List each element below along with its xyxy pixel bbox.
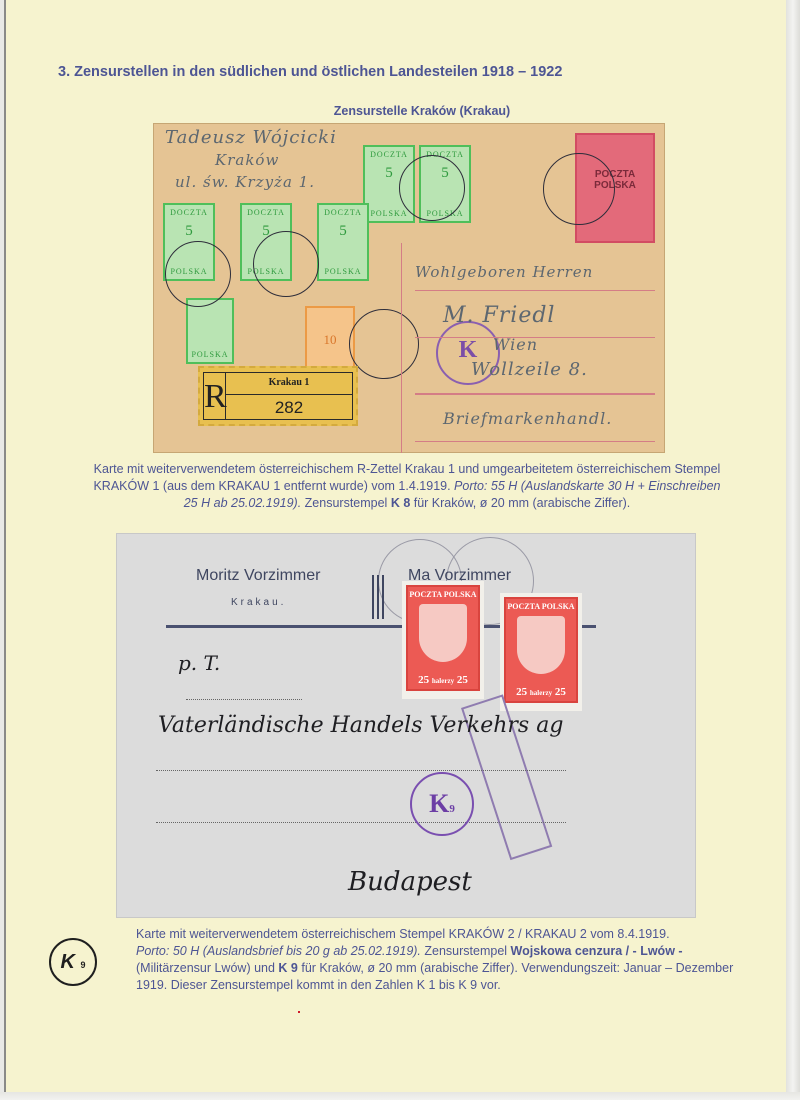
address-line <box>156 822 566 823</box>
address-handwriting-line: Vaterländische Handels Verkehrs ag <box>158 713 563 738</box>
red-mark <box>298 1011 300 1013</box>
censor-stamp-k9: K9 <box>410 772 474 836</box>
address-handwriting-line: Wien <box>493 335 538 354</box>
postmark <box>253 231 319 297</box>
address-line <box>415 393 655 395</box>
caption-item-2: Karte mit weiterverwendetem österreichis… <box>136 926 736 994</box>
sheet-bottom-edge <box>0 1092 800 1100</box>
sender-handwriting-line: Kraków <box>215 151 279 169</box>
address-handwriting-line: Budapest <box>348 867 472 897</box>
stamp-green-5: DOCZTA5POLSKA <box>317 203 369 281</box>
address-line <box>186 699 302 700</box>
sender-city: Krakau. <box>231 597 286 608</box>
address-line <box>156 770 566 771</box>
postmark <box>165 241 231 307</box>
stamp-red-25: POCZTA POLSKA25 halerzy 25 <box>402 581 484 699</box>
postmark <box>399 155 465 221</box>
envelope-krakow-2: Moritz Vorzimmer Krakau. Ma Vorzimmer PO… <box>116 533 696 918</box>
sender-handwriting-line: Tadeusz Wójcicki <box>165 127 337 148</box>
page-heading: 3. Zensurstellen in den südlichen und ös… <box>58 64 562 80</box>
sender-name: Moritz Vorzimmer <box>196 567 320 585</box>
k9-symbol-drawing: K 9 <box>49 938 97 986</box>
address-handwriting-line: p. T. <box>178 651 220 675</box>
address-handwriting-line: Wollzeile 8. <box>471 359 588 380</box>
stamp-red-25: POCZTA POLSKA25 halerzy 25 <box>500 593 582 711</box>
section-subheading: Zensurstelle Kraków (Krakau) <box>6 104 800 118</box>
postmark <box>349 309 419 379</box>
divider-line <box>401 243 402 453</box>
address-handwriting-line: M. Friedl <box>443 303 555 328</box>
address-line <box>415 290 655 291</box>
registration-label: R Krakau 1 282 <box>198 366 358 426</box>
caption-item-1: Karte mit weiterverwendetem österreichis… <box>92 461 722 512</box>
album-page: 3. Zensurstellen in den südlichen und ös… <box>4 0 786 1092</box>
address-handwriting-line: Briefmarkenhandl. <box>443 409 612 428</box>
sheet-edge <box>786 0 800 1100</box>
address-handwriting-line: Wohlgeboren Herren <box>415 263 593 281</box>
letterhead-divider <box>372 575 386 619</box>
address-line <box>415 441 655 442</box>
postmark <box>543 153 615 225</box>
sender-handwriting-line: ul. św. Krzyża 1. <box>175 173 315 191</box>
postcard-krakow-1: Tadeusz Wójcicki Kraków ul. św. Krzyża 1… <box>153 123 665 453</box>
stamp-green-5: POLSKA <box>186 298 234 364</box>
